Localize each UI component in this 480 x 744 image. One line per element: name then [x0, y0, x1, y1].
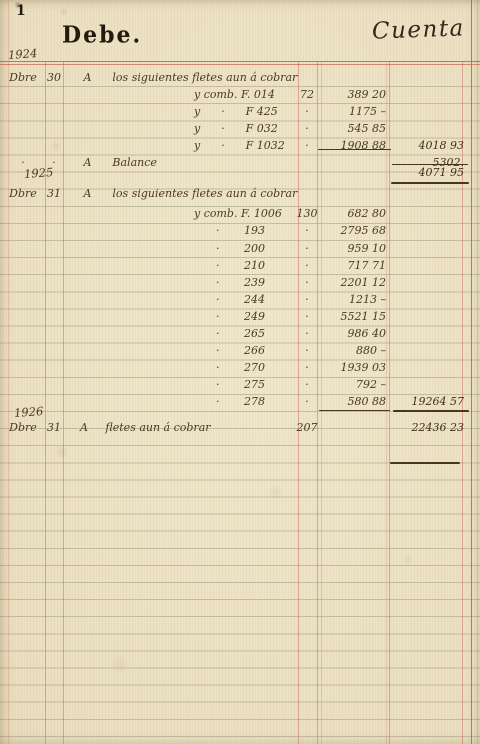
amount-cell: 1939 03 [318, 361, 386, 375]
amount-cell: 959 10 [318, 242, 386, 256]
ledger-page: 1 Debe. Cuenta 1924Dbre30 A los siguient… [0, 0, 480, 744]
amount-cell: 389 20 [318, 88, 386, 102]
description-cell: · 249 [66, 310, 446, 324]
ledger-row: Dbre31 A fletes aun á cobrar20722436 23 [0, 421, 480, 438]
folio-cell: · [296, 327, 318, 341]
month-cell: Dbre [2, 71, 44, 85]
ledger-row: · 270·1939 03 [0, 361, 480, 378]
folio-cell: · [296, 344, 318, 358]
folio-cell: 72 [296, 88, 318, 102]
amount-cell: 1175 – [318, 105, 386, 119]
amount-cell: 986 40 [318, 327, 386, 341]
description-cell: · 244 [66, 293, 446, 307]
year-label: 1926 [14, 404, 44, 420]
ledger-rows: 1924Dbre30 A los siguientes fletes aun á… [0, 0, 480, 744]
folio-cell: 130 [296, 207, 318, 221]
folio-cell: · [296, 259, 318, 273]
amount-cell: 880 – [318, 344, 386, 358]
day-cell: 31 [45, 421, 63, 435]
month-cell: Dbre [2, 187, 44, 201]
ledger-row: · 200·959 10 [0, 242, 480, 259]
total-cell: 4071 95 [390, 166, 464, 180]
total-cell: 22436 23 [390, 421, 464, 435]
description-cell: · 239 [66, 276, 446, 290]
ledger-row: Dbre31 A los siguientes fletes aun á cob… [0, 187, 480, 204]
ink-sum-line [319, 410, 390, 411]
ledger-row: · 210·717 71 [0, 259, 480, 276]
year-label: 1924 [8, 46, 38, 62]
amount-cell: 792 – [318, 378, 386, 392]
ledger-row: · 275·792 – [0, 378, 480, 395]
description-cell: A los siguientes fletes aun á cobrar [66, 71, 296, 85]
day-cell: 31 [45, 187, 63, 201]
ledger-row: · 265·986 40 [0, 327, 480, 344]
amount-cell: 682 80 [318, 207, 386, 221]
folio-cell: 207 [296, 421, 318, 435]
ink-sum-line [390, 462, 460, 464]
amount-cell: 2201 12 [318, 276, 386, 290]
description-cell: · 193 [66, 224, 446, 238]
description-cell: · 266 [66, 344, 446, 358]
total-cell: 4018 93 [390, 139, 464, 153]
amount-cell: 545 85 [318, 122, 386, 136]
ledger-row: · 249·5521 15 [0, 310, 480, 327]
month-cell: Dbre [2, 421, 44, 435]
year-label: 1925 [24, 165, 54, 181]
ledger-row: Dbre30 A los siguientes fletes aun á cob… [0, 71, 480, 88]
year-label-row: 19254071 95 [0, 166, 480, 183]
ledger-row: · 266·880 – [0, 344, 480, 361]
ledger-row: y · F 425·1175 – [0, 105, 480, 122]
folio-cell: · [296, 378, 318, 392]
folio-cell: · [296, 293, 318, 307]
year-label-row: 1926 [0, 405, 480, 422]
ink-sum-line [392, 164, 468, 165]
folio-cell: · [296, 242, 318, 256]
folio-cell: · [296, 139, 318, 153]
description-cell: · 210 [66, 259, 446, 273]
amount-cell: 2795 68 [318, 224, 386, 238]
ledger-row: y · F 032·545 85 [0, 122, 480, 139]
folio-cell: · [296, 310, 318, 324]
day-cell: 30 [45, 71, 63, 85]
folio-cell: · [296, 122, 318, 136]
amount-cell: 1213 – [318, 293, 386, 307]
folio-cell: · [296, 361, 318, 375]
description-cell: · 265 [66, 327, 446, 341]
ledger-row: y comb. F. 01472389 20 [0, 88, 480, 105]
ledger-row: y · F 1032·1908 884018 93 [0, 139, 480, 156]
description-cell: · 200 [66, 242, 446, 256]
folio-cell: · [296, 276, 318, 290]
description-cell: · 275 [66, 378, 446, 392]
ledger-row: · 244·1213 – [0, 293, 480, 310]
description-cell: A los siguientes fletes aun á cobrar [66, 187, 296, 201]
ledger-row: y comb. F. 1006130682 80 [0, 207, 480, 224]
description-cell: · 270 [66, 361, 446, 375]
amount-cell: 1908 88 [318, 139, 386, 153]
description-cell: A fletes aun á cobrar [66, 421, 296, 435]
amount-cell: 717 71 [318, 259, 386, 273]
folio-cell: · [296, 105, 318, 119]
amount-cell: 5521 15 [318, 310, 386, 324]
ledger-row: · 239·2201 12 [0, 276, 480, 293]
year-label-row: 1924 [0, 47, 480, 64]
ink-sum-line [391, 182, 469, 184]
folio-cell: · [296, 224, 318, 238]
ledger-row: · 193·2795 68 [0, 224, 480, 241]
ink-sum-line [393, 410, 469, 412]
